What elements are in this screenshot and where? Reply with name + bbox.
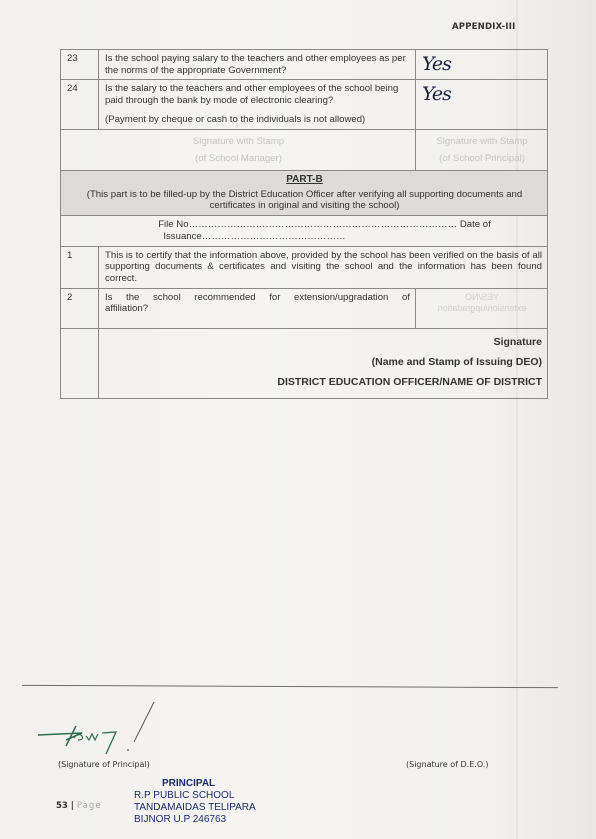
part-b-title: PART-B: [67, 174, 542, 186]
appendix-label: APPENDIX-III: [452, 22, 515, 32]
row-number: 2: [61, 288, 99, 328]
signature-row: Signature with Stamp (of School Manager)…: [61, 129, 548, 170]
deo-signature-row: Signature (Name and Stamp of Issuing DEO…: [61, 328, 548, 398]
document-page: APPENDIX-III 23 Is the school paying sal…: [0, 0, 596, 839]
handwritten-answer: Yes: [416, 80, 548, 129]
handwritten-answer: Yes: [416, 50, 548, 80]
stamp-city-line: BIJNOR U.P 246763: [134, 814, 256, 826]
deo-signature-block: Signature (Name and Stamp of Issuing DEO…: [99, 328, 548, 398]
school-stamp: PRINCIPAL R.P PUBLIC SCHOOL TANDAMAIDAS …: [134, 778, 256, 826]
part-b-instruction: (This part is to be filled-up by the Dis…: [87, 189, 522, 212]
principal-role-label: (of School Principal): [422, 150, 542, 167]
certification-text: This is to certify that the information …: [99, 246, 548, 288]
part-b-header-row: PART-B (This part is to be filled-up by …: [61, 170, 548, 216]
recommendation-answer-cell: YES/NO extension/upgradation: [416, 288, 548, 328]
row-question: Is the salary to the teachers and other …: [99, 80, 416, 129]
deo-district-label: DISTRICT EDUCATION OFFICER/NAME OF DISTR…: [105, 372, 542, 392]
file-number-cell: File No………………………………………………………………………… Date…: [61, 216, 548, 246]
verification-form-table: 23 Is the school paying salary to the te…: [60, 49, 548, 399]
question-text: Is the salary to the teachers and other …: [105, 83, 398, 106]
bleed-through-text: extension/upgradation: [422, 303, 542, 314]
row-number: 24: [61, 80, 99, 129]
part-b-header: PART-B (This part is to be filled-up by …: [61, 170, 548, 216]
principal-signature-cell: Signature with Stamp (of School Principa…: [416, 129, 548, 170]
row-question: Is the school paying salary to the teach…: [99, 50, 416, 80]
table-row: 1 This is to certify that the informatio…: [61, 246, 548, 288]
row-number: 1: [61, 246, 99, 288]
deo-signature-label: (Signature of D.E.O.): [406, 760, 488, 769]
page-number: 53 | Page: [56, 801, 101, 811]
principal-signature-label: Signature with Stamp: [422, 133, 542, 150]
manager-role-label: (of School Manager): [67, 150, 410, 167]
deo-signature-label: Signature: [105, 332, 542, 352]
principal-signature-label: (Signature of Principal): [58, 760, 150, 769]
table-row: 2 Is the school recommended for extensio…: [61, 288, 548, 328]
file-number-label: File No………………………………………………………………………… Date…: [67, 219, 542, 231]
stamp-school-name: R.P PUBLIC SCHOOL: [134, 790, 256, 802]
principal-signature-icon: [36, 700, 196, 760]
bleed-through-text: YES/NO: [422, 292, 542, 303]
question-note: (Payment by cheque or cash to the indivi…: [105, 114, 410, 126]
stamp-address-line: TANDAMAIDAS TELIPARA: [134, 802, 256, 814]
stamp-title: PRINCIPAL: [134, 778, 256, 790]
row-number: 23: [61, 50, 99, 80]
file-number-row: File No………………………………………………………………………… Date…: [61, 216, 548, 246]
page-number-value: 53: [56, 801, 68, 811]
recommendation-question: Is the school recommended for extension/…: [99, 288, 416, 328]
issuance-label: Issuance………………………………………: [67, 231, 542, 243]
footer-divider: [22, 685, 558, 688]
manager-signature-label: Signature with Stamp: [67, 133, 410, 150]
page-word: Page: [77, 801, 102, 811]
deo-name-stamp-label: (Name and Stamp of Issuing DEO): [105, 352, 542, 372]
table-row: 24 Is the salary to the teachers and oth…: [61, 80, 548, 129]
manager-signature-cell: Signature with Stamp (of School Manager): [61, 129, 416, 170]
empty-number-cell: [61, 328, 99, 398]
table-row: 23 Is the school paying salary to the te…: [61, 50, 548, 80]
